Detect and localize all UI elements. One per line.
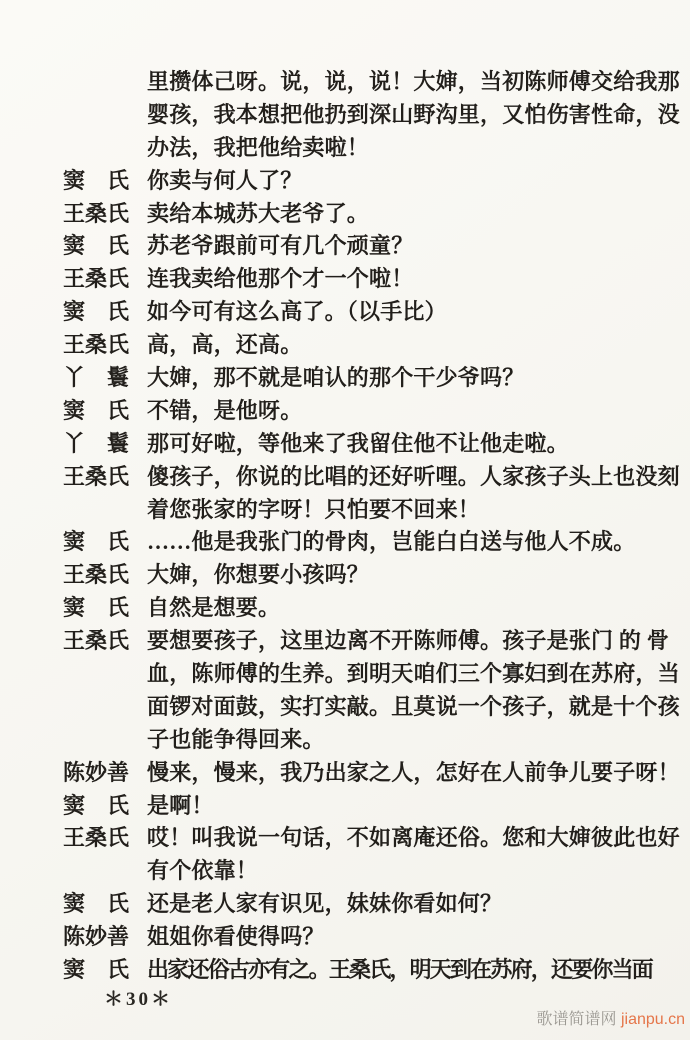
speaker-name: 窦 氏	[63, 888, 147, 921]
speaker-name: 丫 鬟	[63, 428, 147, 461]
script-line: 王桑氏 哎！叫我说一句话，不如离庵还俗。您和大婶彼此也好	[63, 822, 673, 855]
script-line: 窦 氏 ……他是我张门的骨肉，岂能白白送与他人不成。	[63, 526, 673, 559]
dialogue-text: 不错，是他呀。	[147, 395, 302, 428]
script-line: 陈妙善 姐姐你看使得吗？	[63, 921, 673, 954]
dialogue-text: 如今可有这么高了。（以手比）	[147, 296, 447, 329]
dialogue-text: 连我卖给他那个才一个啦！	[147, 263, 413, 296]
script-line: 面锣对面鼓，实打实敲。且莫说一个孩子，就是十个孩	[63, 691, 673, 724]
script-line: 窦 氏 是啊！	[63, 790, 673, 823]
script-line: 办法，我把他给卖啦！	[63, 132, 673, 165]
script-line: 窦 氏 如今可有这么高了。（以手比）	[63, 296, 673, 329]
speaker-name	[63, 99, 147, 132]
dialogue-text: 苏老爷跟前可有几个顽童？	[147, 230, 413, 263]
script-line: 窦 氏 你卖与何人了？	[63, 165, 673, 198]
speaker-name: 窦 氏	[63, 230, 147, 263]
dialogue-text: 着您张家的字呀！只怕要不回来！	[147, 494, 480, 527]
script-line: 窦 氏 不错，是他呀。	[63, 395, 673, 428]
speaker-name: 王桑氏	[63, 822, 147, 855]
script-line: 陈妙善 慢来，慢来，我乃出家之人，怎好在人前争儿要子呀！	[63, 757, 673, 790]
speaker-name	[63, 658, 147, 691]
script-line: 窦 氏 还是老人家有识见，妹妹你看如何？	[63, 888, 673, 921]
speaker-name: 丫 鬟	[63, 362, 147, 395]
dialogue-text: 面锣对面鼓，实打实敲。且莫说一个孩子，就是十个孩	[147, 691, 680, 724]
script-line: 血，陈师傅的生养。到明天咱们三个寡妇到在苏府，当	[63, 658, 673, 691]
script-line: 窦 氏 自然是想要。	[63, 592, 673, 625]
script-line: 里攒体己呀。说，说，说！大婶，当初陈师傅交给我那	[63, 66, 673, 99]
dialogue-text: 慢来，慢来，我乃出家之人，怎好在人前争儿要子呀！	[147, 757, 680, 790]
speaker-name: 王桑氏	[63, 263, 147, 296]
speaker-name: 陈妙善	[63, 757, 147, 790]
dialogue-text: 有个依靠！	[147, 855, 258, 888]
speaker-name: 窦 氏	[63, 526, 147, 559]
dialogue-text: 要想要孩子，这里边离不开陈师傅。孩子是张门 的 骨	[147, 625, 669, 658]
script-line: 子也能争得回来。	[63, 724, 673, 757]
script-line: 婴孩，我本想把他扔到深山野沟里，又怕伤害性命，没	[63, 99, 673, 132]
speaker-name	[63, 724, 147, 757]
watermark-site-url: jianpu.cn	[621, 1011, 685, 1028]
dialogue-text: 婴孩，我本想把他扔到深山野沟里，又怕伤害性命，没	[147, 99, 680, 132]
script-line: 王桑氏 要想要孩子，这里边离不开陈师傅。孩子是张门 的 骨	[63, 625, 673, 658]
dialogue-text: 里攒体己呀。说，说，说！大婶，当初陈师傅交给我那	[147, 66, 680, 99]
speaker-name: 王桑氏	[63, 625, 147, 658]
dialogue-text: 卖给本城苏大老爷了。	[147, 198, 369, 231]
speaker-name: 窦 氏	[63, 592, 147, 625]
dialogue-text: 血，陈师傅的生养。到明天咱们三个寡妇到在苏府，当	[147, 658, 680, 691]
script-line: 王桑氏 卖给本城苏大老爷了。	[63, 198, 673, 231]
dialogue-text: 出家还俗古亦有之。王桑氏，明天到在苏府，还要你当面	[147, 954, 652, 987]
scanned-script-page: 里攒体己呀。说，说，说！大婶，当初陈师傅交给我那 婴孩，我本想把他扔到深山野沟里…	[0, 0, 690, 1040]
script-line: 丫 鬟 那可好啦，等他来了我留住他不让他走啦。	[63, 428, 673, 461]
speaker-name	[63, 132, 147, 165]
dialogue-text: 傻孩子，你说的比唱的还好听哩。人家孩子头上也没刻	[147, 461, 680, 494]
script-line: 有个依靠！	[63, 855, 673, 888]
speaker-name: 窦 氏	[63, 165, 147, 198]
script-line: 王桑氏 傻孩子，你说的比唱的还好听哩。人家孩子头上也没刻	[63, 461, 673, 494]
dialogue-text: 哎！叫我说一句话，不如离庵还俗。您和大婶彼此也好	[147, 822, 680, 855]
speaker-name: 窦 氏	[63, 296, 147, 329]
dialogue-text: 那可好啦，等他来了我留住他不让他走啦。	[147, 428, 569, 461]
script-line: 窦 氏 出家还俗古亦有之。王桑氏，明天到在苏府，还要你当面	[63, 954, 673, 987]
speaker-name	[63, 494, 147, 527]
dialogue-text: 大婶，那不就是咱认的那个干少爷吗？	[147, 362, 524, 395]
speaker-name	[63, 66, 147, 99]
script-dialogue-body: 里攒体己呀。说，说，说！大婶，当初陈师傅交给我那 婴孩，我本想把他扔到深山野沟里…	[63, 66, 673, 987]
dialogue-text: 还是老人家有识见，妹妹你看如何？	[147, 888, 502, 921]
dialogue-text: 是啊！	[147, 790, 214, 823]
speaker-name: 王桑氏	[63, 559, 147, 592]
dialogue-text: ……他是我张门的骨肉，岂能白白送与他人不成。	[147, 526, 635, 559]
speaker-name: 陈妙善	[63, 921, 147, 954]
dialogue-text: 办法，我把他给卖啦！	[147, 132, 369, 165]
watermark: 歌谱简谱网 jianpu.cn	[536, 1006, 685, 1029]
dialogue-text: 自然是想要。	[147, 592, 280, 625]
dialogue-text: 高，高，还高。	[147, 329, 302, 362]
speaker-name: 窦 氏	[63, 395, 147, 428]
speaker-name	[63, 691, 147, 724]
speaker-name: 王桑氏	[63, 461, 147, 494]
watermark-site-name: 歌谱简谱网	[536, 1011, 616, 1028]
dialogue-text: 你卖与何人了？	[147, 165, 302, 198]
script-line: 王桑氏 连我卖给他那个才一个啦！	[63, 263, 673, 296]
speaker-name	[63, 855, 147, 888]
script-line: 着您张家的字呀！只怕要不回来！	[63, 494, 673, 527]
script-line: 丫 鬟 大婶，那不就是咱认的那个干少爷吗？	[63, 362, 673, 395]
speaker-name: 窦 氏	[63, 954, 147, 987]
script-line: 窦 氏 苏老爷跟前可有几个顽童？	[63, 230, 673, 263]
script-line: 王桑氏 高，高，还高。	[63, 329, 673, 362]
page-number: ＊30＊	[104, 984, 173, 1011]
speaker-name: 王桑氏	[63, 329, 147, 362]
speaker-name: 王桑氏	[63, 198, 147, 231]
dialogue-text: 子也能争得回来。	[147, 724, 325, 757]
script-line: 王桑氏 大婶，你想要小孩吗？	[63, 559, 673, 592]
dialogue-text: 姐姐你看使得吗？	[147, 921, 325, 954]
speaker-name: 窦 氏	[63, 790, 147, 823]
dialogue-text: 大婶，你想要小孩吗？	[147, 559, 369, 592]
